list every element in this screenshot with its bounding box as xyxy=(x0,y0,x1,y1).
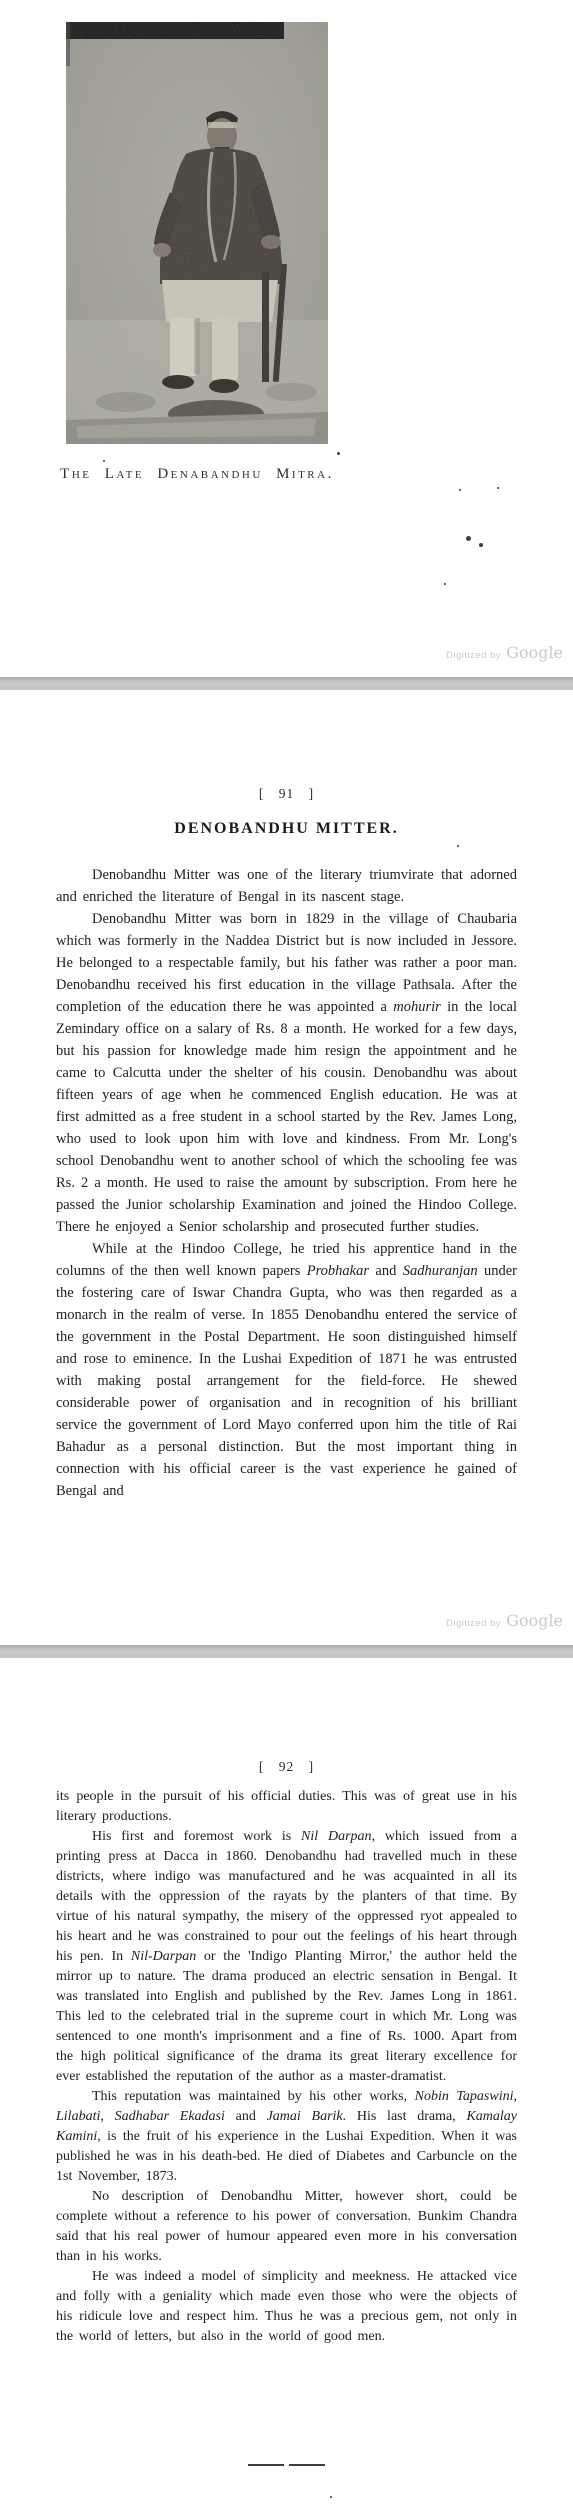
photo-caption: The Late Denabandhu Mitra. xyxy=(47,466,347,483)
article-heading: DENOBANDHU MITTER. xyxy=(0,820,573,838)
page-91-body: Denobandhu Mitter was one of the literar… xyxy=(56,864,517,1502)
ink-speck xyxy=(330,2496,332,2498)
end-rule xyxy=(0,2464,573,2466)
ink-speck xyxy=(103,460,105,462)
page-separator xyxy=(0,1645,573,1658)
end-rule-segment xyxy=(248,2464,284,2466)
ink-speck xyxy=(479,543,483,547)
paragraph: No description of Denobandhu Mitter, how… xyxy=(56,2187,517,2267)
paragraph: His first and foremost work is Nil Darpa… xyxy=(56,1827,517,2087)
ink-speck xyxy=(459,489,461,491)
page-number-92: [ 92 ] xyxy=(0,1759,573,1775)
google-logo-text: Google xyxy=(506,1611,563,1630)
paragraph: its people in the pursuit of his officia… xyxy=(56,1787,517,1827)
portrait-photo xyxy=(66,22,328,444)
page-92-body: its people in the pursuit of his officia… xyxy=(56,1787,517,2347)
portrait-photo-graphic xyxy=(66,22,328,444)
ink-speck xyxy=(497,487,499,489)
google-logo-text: Google xyxy=(506,643,563,662)
ink-speck xyxy=(466,536,471,541)
watermark-prefix-text: Digitized by xyxy=(446,650,501,661)
ink-speck xyxy=(337,452,340,455)
ink-speck xyxy=(444,583,446,585)
paragraph: Denobandhu Mitter was born in 1829 in th… xyxy=(56,908,517,1238)
paragraph: He was indeed a model of simplicity and … xyxy=(56,2267,517,2347)
paragraph: While at the Hindoo College, he tried hi… xyxy=(56,1238,517,1502)
page-number-91: [ 91 ] xyxy=(0,786,573,802)
ink-speck xyxy=(457,845,459,847)
google-watermark: Digitized by Google xyxy=(446,1611,563,1630)
scanned-book-document: The Late Denabandhu Mitra. Digitized by … xyxy=(0,0,573,2507)
page-separator xyxy=(0,677,573,690)
paragraph: Denobandhu Mitter was one of the literar… xyxy=(56,864,517,908)
watermark-prefix-text: Digitized by xyxy=(446,1618,501,1629)
end-rule-segment xyxy=(289,2464,325,2466)
google-watermark: Digitized by Google xyxy=(446,643,563,662)
paragraph: This reputation was maintained by his ot… xyxy=(56,2087,517,2187)
